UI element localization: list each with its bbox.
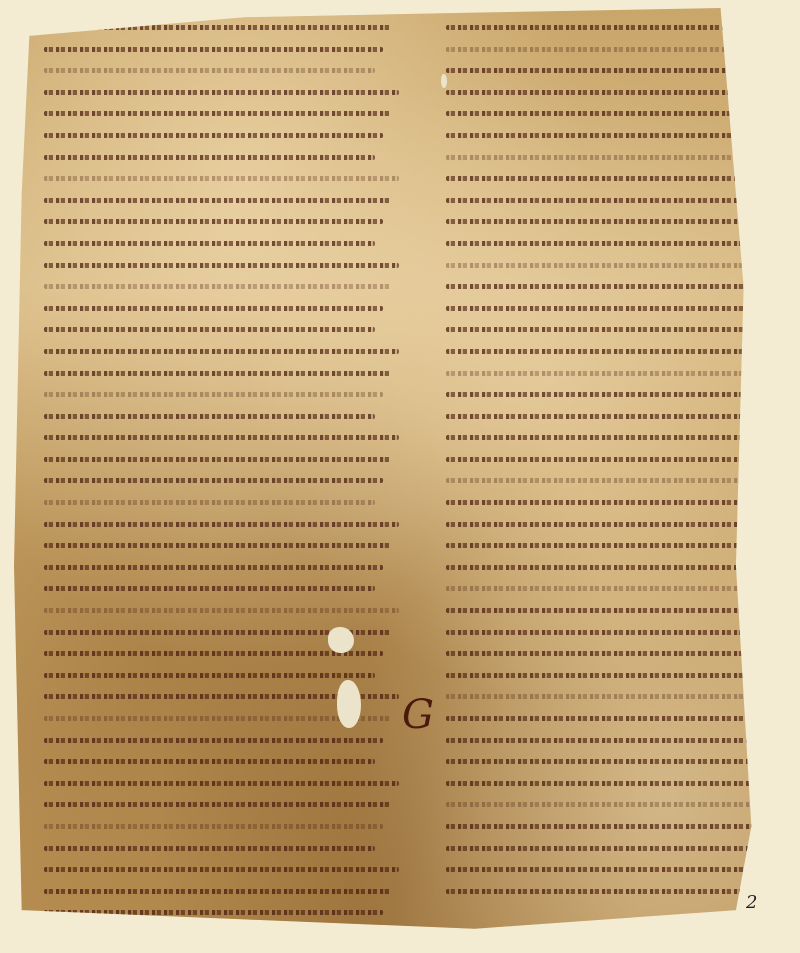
script-line — [446, 815, 786, 837]
script-line — [446, 81, 786, 103]
script-line — [446, 167, 786, 189]
script-line — [446, 664, 786, 686]
script-line — [446, 469, 786, 491]
script-line — [446, 534, 786, 556]
script-line — [446, 275, 786, 297]
script-line — [44, 383, 399, 405]
script-line — [44, 426, 399, 448]
script-line — [446, 837, 786, 859]
script-line — [446, 59, 786, 81]
script-line — [44, 59, 399, 81]
script-line — [446, 750, 786, 772]
script-line — [44, 448, 399, 470]
script-line — [446, 297, 786, 319]
script-line — [44, 232, 399, 254]
script-line — [446, 491, 786, 513]
script-line — [446, 254, 786, 276]
script-line — [44, 837, 399, 859]
script-line — [44, 729, 399, 751]
script-line — [44, 556, 399, 578]
script-line — [446, 772, 786, 794]
script-line — [44, 599, 399, 621]
folio-number: 2 — [746, 892, 757, 913]
script-line — [446, 383, 786, 405]
script-line — [44, 362, 399, 384]
script-line — [446, 513, 786, 535]
script-line — [44, 491, 399, 513]
parchment-hole — [441, 74, 447, 88]
script-line — [44, 815, 399, 837]
script-line — [446, 642, 786, 664]
script-line — [446, 556, 786, 578]
script-line — [44, 318, 399, 340]
script-line — [44, 469, 399, 491]
right-text-column — [446, 16, 786, 901]
script-line — [44, 858, 399, 880]
script-line — [44, 901, 399, 923]
script-line — [44, 405, 399, 427]
script-line — [44, 167, 399, 189]
script-line — [44, 254, 399, 276]
decorated-initial: G — [402, 692, 434, 738]
script-line — [44, 189, 399, 211]
script-line — [44, 772, 399, 794]
script-line — [44, 81, 399, 103]
script-line — [446, 621, 786, 643]
script-line — [446, 426, 786, 448]
script-line — [44, 750, 399, 772]
script-line — [446, 577, 786, 599]
script-line — [44, 513, 399, 535]
script-line — [44, 793, 399, 815]
script-line — [44, 340, 399, 362]
script-line — [446, 599, 786, 621]
script-line — [44, 297, 399, 319]
script-line — [44, 124, 399, 146]
script-line — [446, 793, 786, 815]
script-line — [446, 880, 786, 902]
parchment-hole — [337, 680, 361, 728]
script-line — [44, 146, 399, 168]
left-text-column — [44, 16, 399, 923]
script-line — [446, 405, 786, 427]
script-line — [446, 146, 786, 168]
parchment-leaf — [14, 8, 782, 938]
script-line — [44, 577, 399, 599]
script-line — [446, 340, 786, 362]
script-line — [446, 124, 786, 146]
script-line — [446, 102, 786, 124]
script-line — [446, 729, 786, 751]
script-line — [44, 16, 399, 38]
script-line — [446, 448, 786, 470]
script-line — [446, 707, 786, 729]
script-line — [44, 102, 399, 124]
script-line — [446, 858, 786, 880]
script-line — [446, 38, 786, 60]
script-line — [44, 880, 399, 902]
script-line — [44, 38, 399, 60]
script-line — [446, 232, 786, 254]
script-line — [446, 685, 786, 707]
script-line — [44, 534, 399, 556]
script-line — [446, 16, 786, 38]
script-line — [446, 189, 786, 211]
script-line — [44, 275, 399, 297]
script-line — [44, 210, 399, 232]
script-line — [446, 362, 786, 384]
script-line — [446, 210, 786, 232]
parchment-hole — [328, 627, 354, 653]
script-line — [446, 318, 786, 340]
